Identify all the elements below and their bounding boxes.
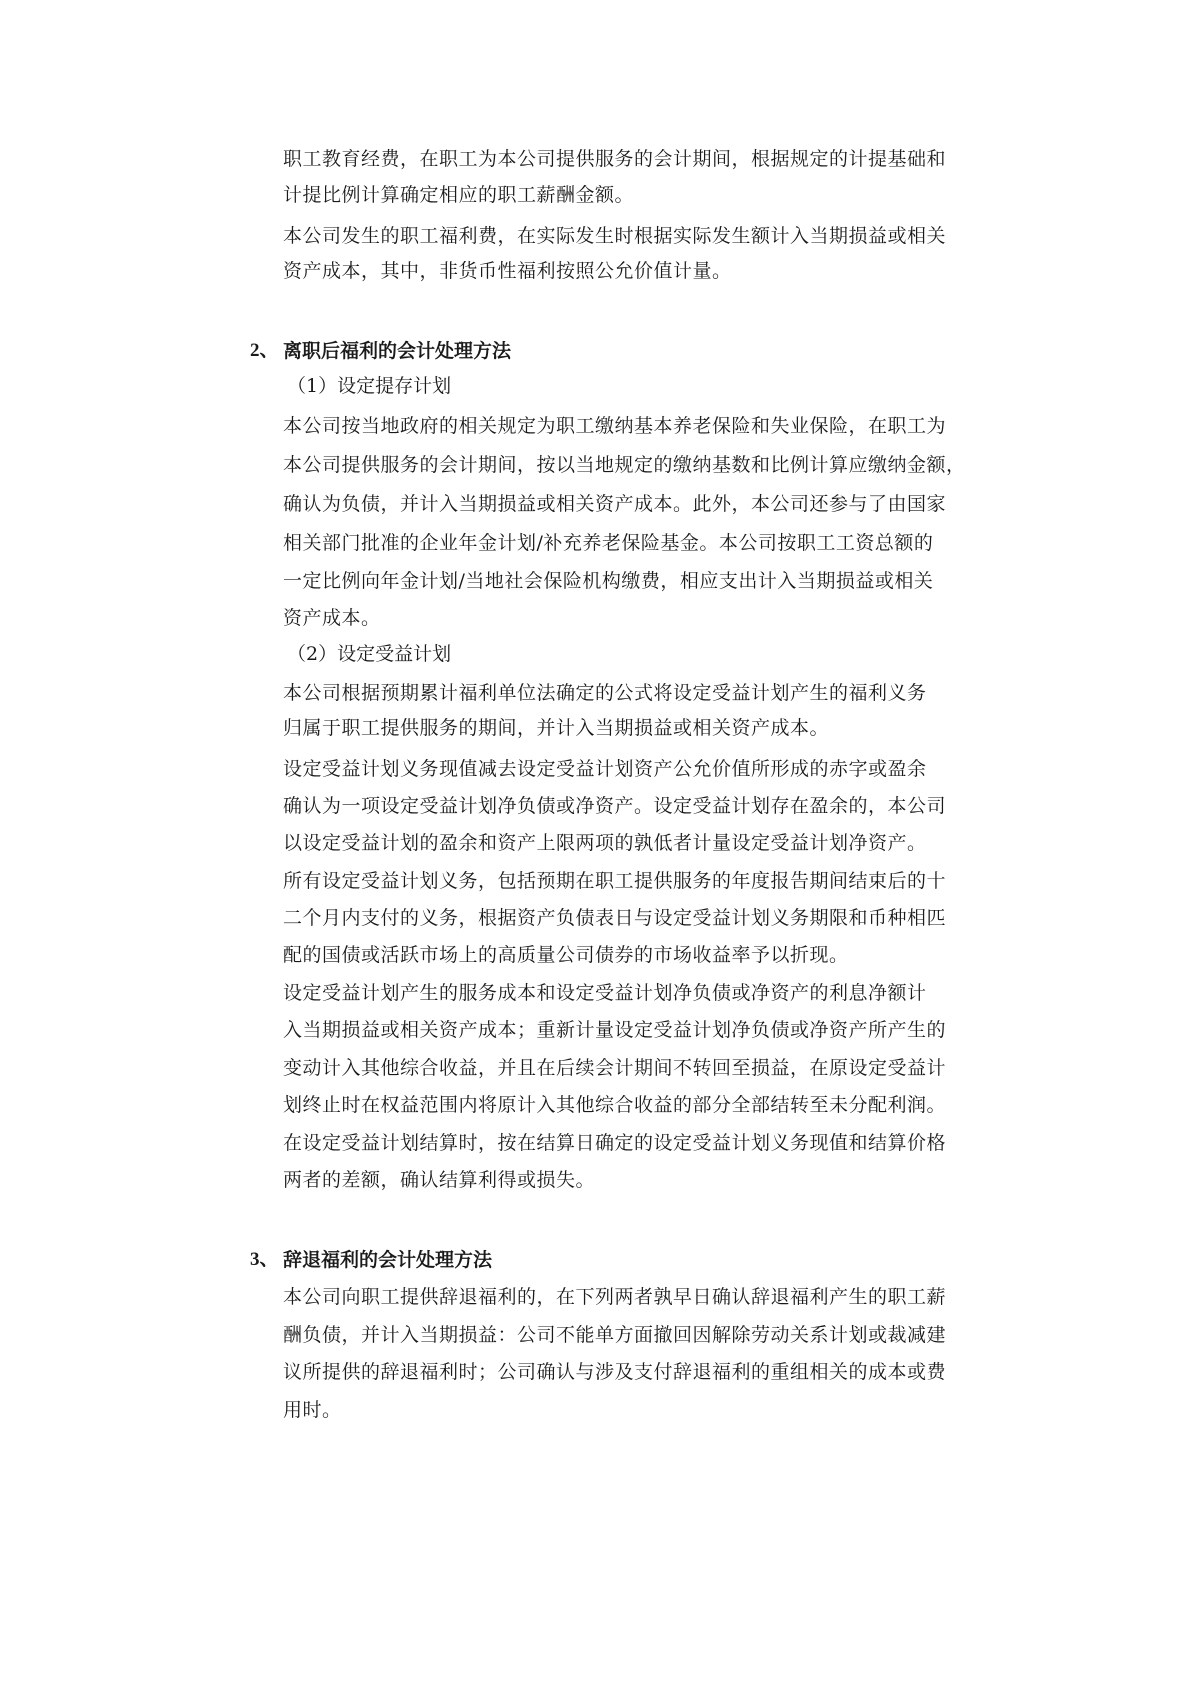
body-text-line: 本公司向职工提供辞退福利的，在下列两者孰早日确认辞退福利产生的职工薪 (283, 1284, 946, 1310)
body-text-line: 以设定受益计划的盈余和资产上限两项的孰低者计量设定受益计划净资产。 (283, 830, 927, 856)
body-text-line: 相关部门批准的企业年金计划/补充养老保险基金。本公司按职工工资总额的 (283, 530, 933, 556)
body-text-line: 资产成本，其中，非货币性福利按照公允价值计量。 (283, 258, 732, 284)
body-text-line: 划终止时在权益范围内将原计入其他综合收益的部分全部结转至未分配利润。 (283, 1092, 946, 1118)
section-number: 2、 (250, 338, 279, 364)
body-text-line: 资产成本。 (283, 605, 381, 631)
body-text-line: 本公司发生的职工福利费，在实际发生时根据实际发生额计入当期损益或相关 (283, 223, 946, 249)
subsection-title: （1）设定提存计划 (287, 373, 451, 399)
body-text-line: 在设定受益计划结算时，按在结算日确定的设定受益计划义务现值和结算价格 (283, 1130, 946, 1156)
body-text-line: 确认为负债，并计入当期损益或相关资产成本。此外，本公司还参与了由国家 (283, 491, 946, 517)
body-text-line: 计提比例计算确定相应的职工薪酬金额。 (283, 182, 634, 208)
body-text-line: 入当期损益或相关资产成本；重新计量设定受益计划净负债或净资产所产生的 (283, 1017, 946, 1043)
body-text-line: 二个月内支付的义务，根据资产负债表日与设定受益计划义务期限和币种相匹 (283, 905, 946, 931)
section-heading: 辞退福利的会计处理方法 (283, 1247, 492, 1273)
body-text-line: 本公司按当地政府的相关规定为职工缴纳基本养老保险和失业保险，在职工为 (283, 413, 946, 439)
body-text-line: 配的国债或活跃市场上的高质量公司债券的市场收益率予以折现。 (283, 942, 849, 968)
body-text-line: 职工教育经费，在职工为本公司提供服务的会计期间，根据规定的计提基础和 (283, 146, 946, 172)
document-page: 职工教育经费，在职工为本公司提供服务的会计期间，根据规定的计提基础和 计提比例计… (0, 0, 1200, 1697)
body-text-line: 所有设定受益计划义务，包括预期在职工提供服务的年度报告期间结束后的十 (283, 868, 946, 894)
body-text-line: 两者的差额，确认结算利得或损失。 (283, 1167, 595, 1193)
subsection-title: （2）设定受益计划 (287, 641, 451, 667)
body-text-line: 酬负债，并计入当期损益：公司不能单方面撤回因解除劳动关系计划或裁减建 (283, 1322, 946, 1348)
body-text-line: 变动计入其他综合收益，并且在后续会计期间不转回至损益，在原设定受益计 (283, 1055, 946, 1081)
body-text-line: 用时。 (283, 1397, 342, 1423)
section-number: 3、 (250, 1247, 279, 1273)
body-text-line: 本公司提供服务的会计期间，按以当地规定的缴纳基数和比例计算应缴纳金额， (283, 452, 966, 478)
body-text-line: 本公司根据预期累计福利单位法确定的公式将设定受益计划产生的福利义务 (283, 680, 927, 706)
body-text-line: 议所提供的辞退福利时；公司确认与涉及支付辞退福利的重组相关的成本或费 (283, 1359, 946, 1385)
body-text-line: 设定受益计划义务现值减去设定受益计划资产公允价值所形成的赤字或盈余 (283, 756, 927, 782)
body-text-line: 一定比例向年金计划/当地社会保险机构缴费，相应支出计入当期损益或相关 (283, 568, 933, 594)
body-text-line: 设定受益计划产生的服务成本和设定受益计划净负债或净资产的利息净额计 (283, 980, 927, 1006)
section-heading: 离职后福利的会计处理方法 (283, 338, 511, 364)
body-text-line: 归属于职工提供服务的期间，并计入当期损益或相关资产成本。 (283, 715, 829, 741)
body-text-line: 确认为一项设定受益计划净负债或净资产。设定受益计划存在盈余的，本公司 (283, 793, 946, 819)
